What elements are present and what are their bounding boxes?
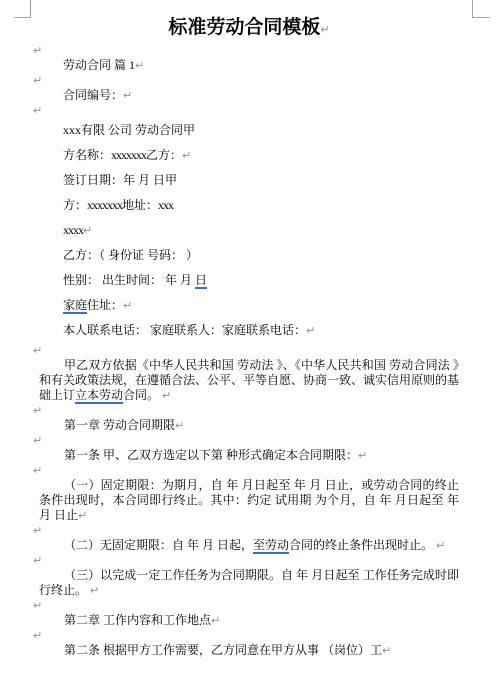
paragraph-mark: ↵: [83, 224, 92, 237]
empty-paragraph[interactable]: ↵: [33, 553, 459, 568]
document-line[interactable]: （一）固定期限：为期月，自 年 月日起至 年 月 日止，或劳动合同的终止条件出现…: [39, 478, 459, 523]
paragraph-mark: ↵: [33, 404, 42, 417]
paragraph-mark: ↵: [135, 59, 144, 72]
document-line[interactable]: 方名称：xxxxxxx乙方：↵: [39, 143, 459, 168]
paragraph-mark: ↵: [90, 584, 99, 597]
paragraph-mark: ↵: [320, 23, 329, 36]
text-run: 住址：: [87, 298, 123, 312]
text-run: 合同编号：: [63, 88, 123, 102]
grammar-underlined-run: 家庭: [63, 298, 87, 314]
empty-paragraph[interactable]: ↵: [33, 628, 459, 643]
document-line[interactable]: 第一条 甲、乙双方选定以下第 种形式确定本合同期限：↵: [39, 448, 459, 463]
document-line[interactable]: 家庭住址：↵: [39, 293, 459, 318]
text-run: 本人联系电话： 家庭联系人：家庭联系电话：: [63, 323, 306, 337]
text-run: 签订日期：年 月 日甲: [63, 173, 177, 187]
text-run: 地址：: [122, 198, 158, 212]
paragraph-mark: ↵: [123, 299, 132, 312]
document-line[interactable]: 合同编号：↵: [39, 88, 459, 103]
empty-paragraph[interactable]: ↵: [33, 523, 459, 538]
empty-paragraph[interactable]: ↵: [33, 343, 459, 358]
margin-crop-mark-left: [14, 0, 31, 18]
document-content[interactable]: 标准劳动合同模板↵ ↵劳动合同 篇 1↵↵合同编号：↵↵xxx有限 公司 劳动合…: [39, 14, 459, 658]
text-run: 乙方：: [146, 148, 182, 162]
text-run: 第二章 工作内容和工作地点: [64, 613, 211, 627]
text-run: xxx有限 公司 劳动合同甲: [63, 123, 195, 137]
document-line[interactable]: 第二章 工作内容和工作地点↵: [39, 613, 459, 628]
paragraph-mark: ↵: [123, 89, 132, 102]
word-document-page: 标准劳动合同模板↵ ↵劳动合同 篇 1↵↵合同编号：↵↵xxx有限 公司 劳动合…: [0, 0, 496, 676]
empty-paragraph[interactable]: ↵: [33, 403, 459, 418]
text-run: 合同的终止条件出现时止。: [289, 538, 436, 552]
placeholder-x-field: xxxxxxx: [87, 198, 122, 212]
empty-paragraph[interactable]: ↵: [33, 73, 459, 88]
paragraph-mark: ↵: [33, 44, 42, 57]
document-line[interactable]: 第一章 劳动合同期限↵: [39, 418, 459, 433]
text-run: 方：: [63, 198, 87, 212]
paragraph-mark: ↵: [33, 629, 42, 642]
paragraph-mark: ↵: [33, 554, 42, 567]
document-line[interactable]: 乙方：（ 身份证 号码： ）: [39, 243, 459, 268]
text-run: 劳动合同 篇 1: [63, 58, 135, 72]
grammar-underlined-run: 日: [195, 273, 207, 289]
document-line[interactable]: xxxx↵: [39, 218, 459, 243]
paragraph-mark: ↵: [182, 149, 191, 162]
text-run: 性别： 出生时间： 年 月: [63, 273, 195, 287]
text-run: 乙方：（ 身份证 号码： ）: [63, 248, 198, 262]
document-line[interactable]: （二）无固定期限：自 年 月 日起，至劳动合同的终止条件出现时止。 ↵: [39, 538, 459, 553]
paragraph-mark: ↵: [33, 599, 42, 612]
paragraph-mark: ↵: [78, 509, 87, 522]
document-line[interactable]: xxx有限 公司 劳动合同甲: [39, 118, 459, 143]
placeholder-x-field: xxxxxxx: [111, 148, 146, 162]
document-body[interactable]: ↵劳动合同 篇 1↵↵合同编号：↵↵xxx有限 公司 劳动合同甲方名称：xxxx…: [39, 43, 459, 658]
empty-paragraph[interactable]: ↵: [33, 103, 459, 118]
text-run: 第二条 根据甲方工作需要，乙方同意在甲方从事 （岗位）工: [64, 643, 382, 657]
paragraph-mark: ↵: [306, 324, 315, 337]
document-line[interactable]: 方：xxxxxxx地址：xxx: [39, 193, 459, 218]
document-line[interactable]: 签订日期：年 月 日甲: [39, 168, 459, 193]
empty-paragraph[interactable]: ↵: [33, 433, 459, 448]
grammar-underlined-run: 立本劳动: [75, 388, 123, 404]
paragraph-mark: ↵: [33, 74, 42, 87]
paragraph-mark: ↵: [33, 434, 42, 447]
paragraph-mark: ↵: [358, 449, 367, 462]
grammar-underlined-run: 至劳动: [253, 538, 289, 554]
paragraph-mark: ↵: [175, 419, 184, 432]
document-line[interactable]: 本人联系电话： 家庭联系人：家庭联系电话：↵: [39, 318, 459, 343]
empty-paragraph[interactable]: ↵: [33, 43, 459, 58]
document-line[interactable]: （三）以完成一定工作任务为合同期限。自 年 月日起至 工作任务完成时即行终止。 …: [39, 568, 459, 598]
paragraph-mark: ↵: [382, 644, 391, 657]
paragraph-mark: ↵: [211, 614, 220, 627]
paragraph-mark: ↵: [33, 344, 42, 357]
paragraph-mark: ↵: [436, 539, 445, 552]
title-text: 标准劳动合同模板: [168, 17, 320, 38]
text-run: 第一条 甲、乙双方选定以下第 种形式确定本合同期限：: [64, 448, 358, 462]
empty-paragraph[interactable]: ↵: [33, 463, 459, 478]
paragraph-mark: ↵: [162, 389, 171, 402]
text-run: （二）无固定期限：自 年 月 日起，: [64, 538, 253, 552]
document-line[interactable]: 甲乙双方依据《中华人民共和国 劳动法 》、《中华人民共和国 劳动合同法 》和有关…: [39, 358, 459, 403]
document-line[interactable]: 劳动合同 篇 1↵: [39, 58, 459, 73]
placeholder-x-field: xxxx: [63, 223, 83, 237]
document-title[interactable]: 标准劳动合同模板↵: [39, 14, 459, 43]
document-line[interactable]: 第二条 根据甲方工作需要，乙方同意在甲方从事 （岗位）工↵: [39, 643, 459, 658]
paragraph-mark: ↵: [33, 524, 42, 537]
text-run: 合同。: [123, 388, 162, 402]
paragraph-mark: ↵: [33, 464, 42, 477]
empty-paragraph[interactable]: ↵: [33, 598, 459, 613]
document-line[interactable]: 性别： 出生时间： 年 月 日: [39, 268, 459, 293]
text-run: 第一章 劳动合同期限: [64, 418, 175, 432]
text-run: 方名称：: [63, 148, 111, 162]
margin-crop-mark-right: [472, 0, 490, 18]
placeholder-x-field: xxx: [158, 198, 173, 212]
text-run: （三）以完成一定工作任务为合同期限。自 年 月日起至 工作任务完成时即行终止。: [39, 568, 459, 597]
text-run: （一）固定期限：为期月，自 年 月日起至 年 月 日止，或劳动合同的终止条件出现…: [39, 478, 459, 522]
paragraph-mark: ↵: [33, 104, 42, 117]
